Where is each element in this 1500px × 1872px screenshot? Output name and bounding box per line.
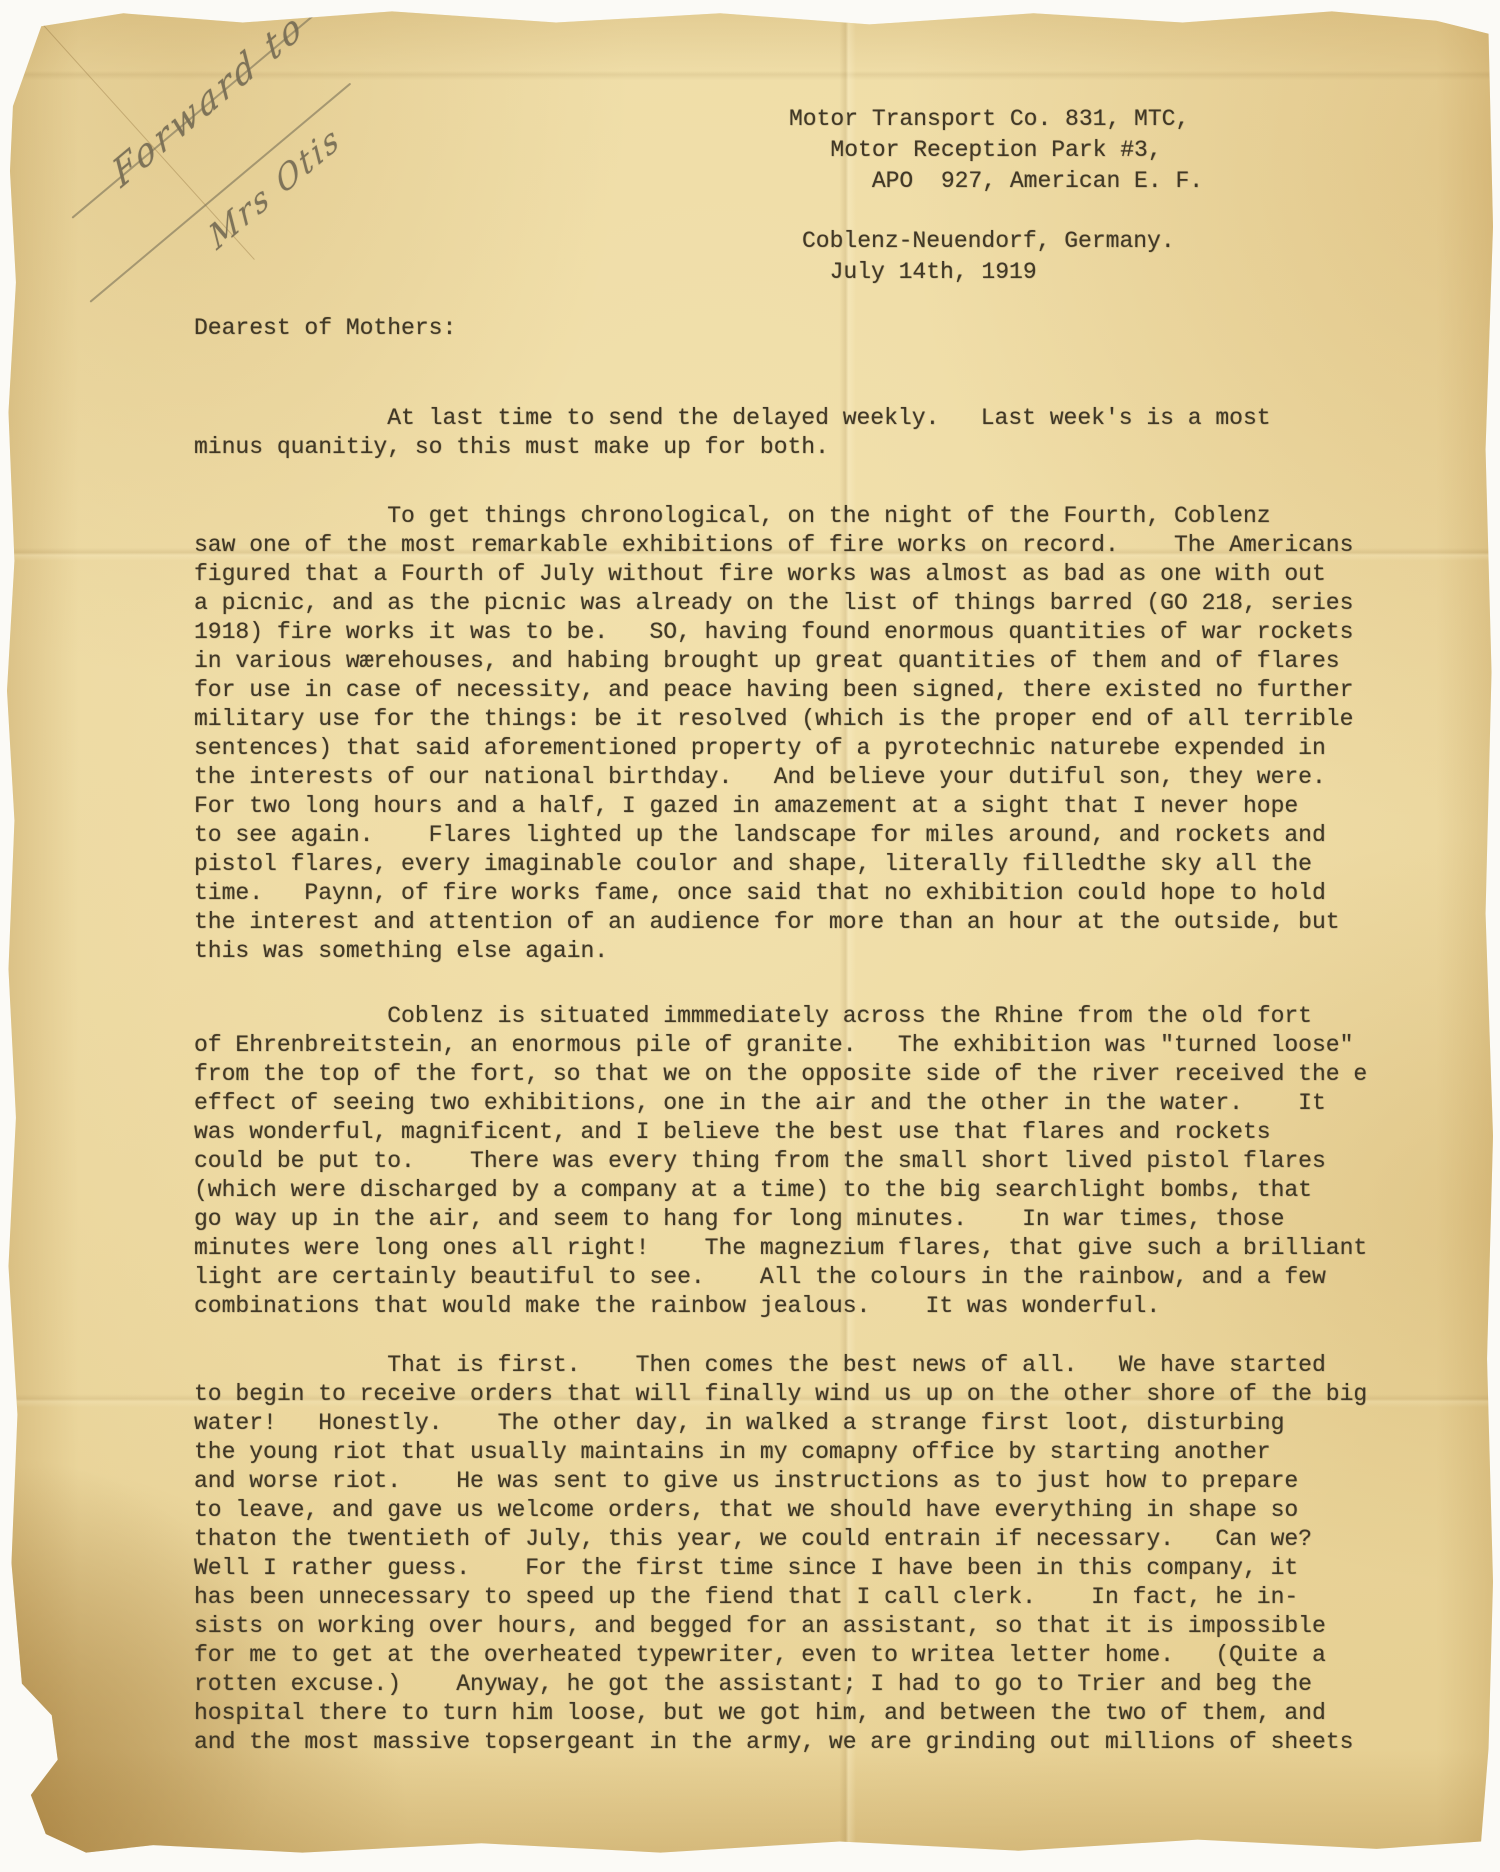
letterhead-unit-address: Motor Transport Co. 831, MTC, Motor Rece… bbox=[789, 104, 1203, 197]
paragraph-3: Coblenz is situated immmediately across … bbox=[194, 1002, 1454, 1321]
scanned-letter-page: Forward to Mrs Otis Motor Transport Co. … bbox=[0, 0, 1500, 1872]
paragraph-2: To get things chronological, on the nigh… bbox=[194, 502, 1454, 966]
letter-paper: Forward to Mrs Otis Motor Transport Co. … bbox=[4, 4, 1496, 1860]
handwritten-forwarding-note: Forward to Mrs Otis bbox=[54, 39, 414, 319]
paragraph-4: That is first. Then comes the best news … bbox=[194, 1351, 1454, 1757]
paragraph-1: At last time to send the delayed weekly.… bbox=[194, 404, 1454, 462]
letterhead-place-date: Coblenz-Neuendorf, Germany. July 14th, 1… bbox=[802, 226, 1175, 288]
salutation: Dearest of Mothers: bbox=[194, 314, 456, 343]
letter-body: At last time to send the delayed weekly.… bbox=[194, 404, 1454, 1757]
